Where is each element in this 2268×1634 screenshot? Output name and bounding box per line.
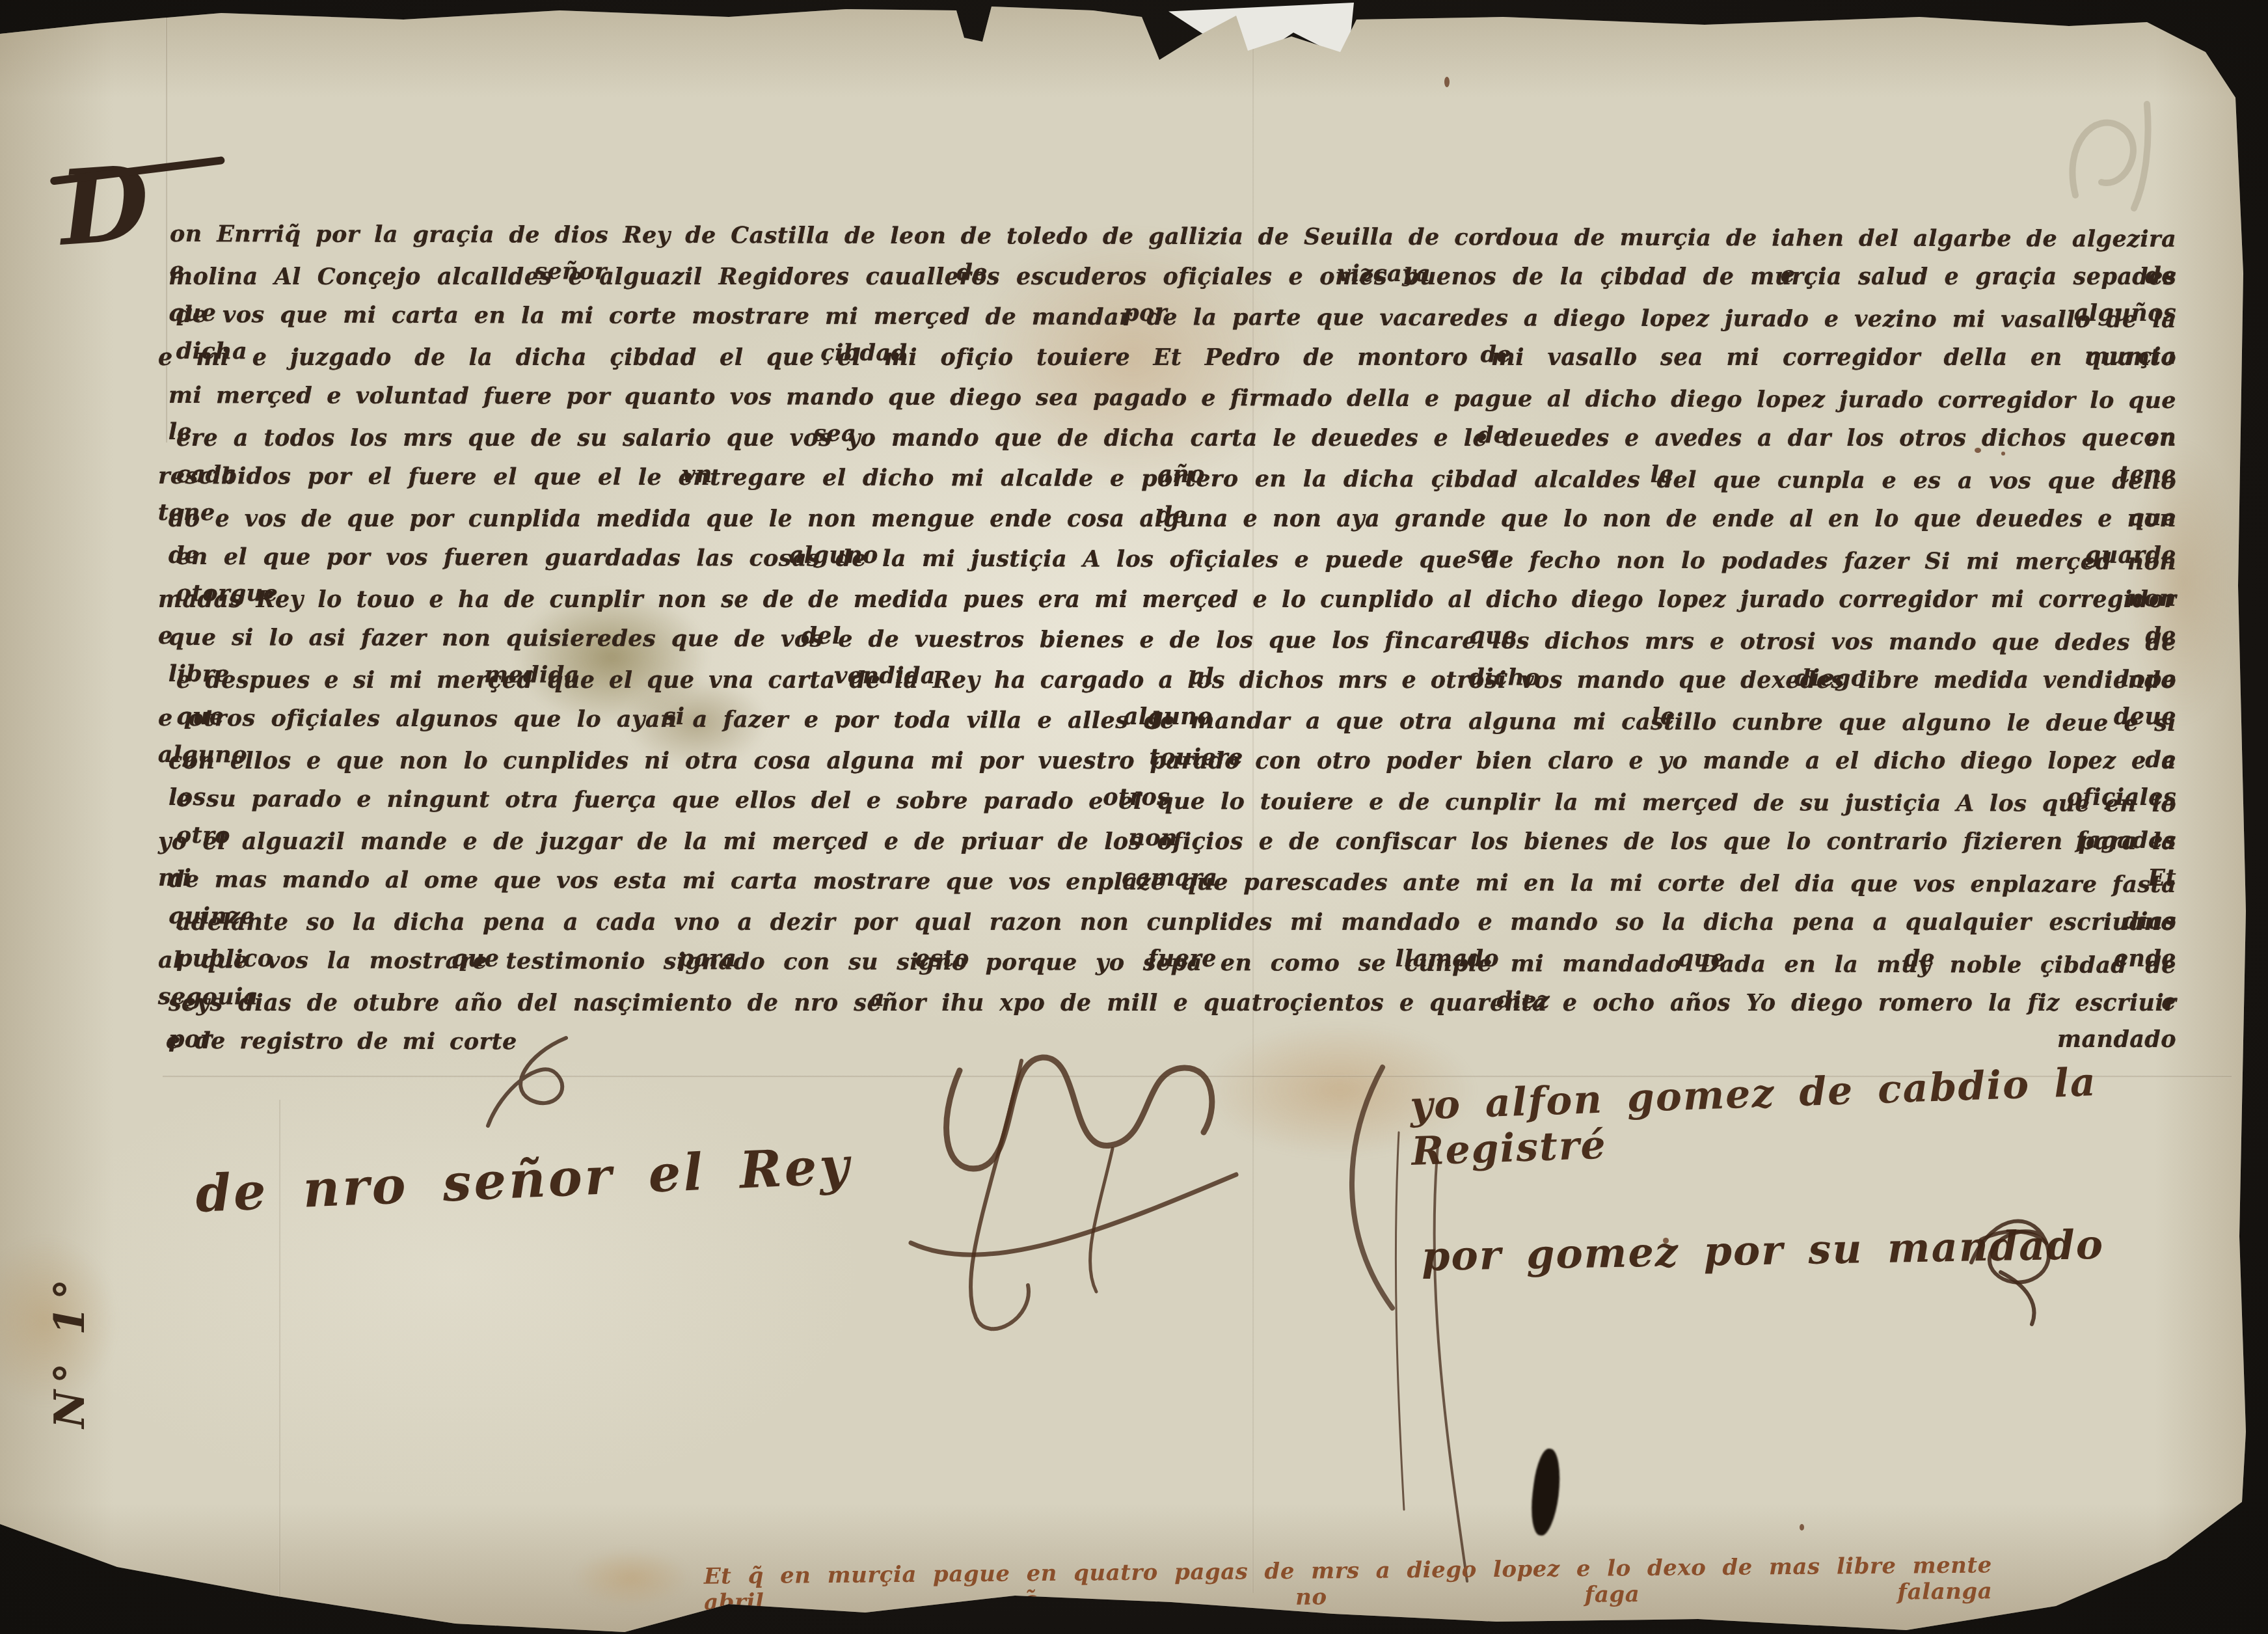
ink-speck: [1444, 77, 1450, 87]
manuscript-line: e otros ofiçiales algunos que lo ayan a …: [146, 700, 2176, 746]
notary-rubric-flourish: [898, 1012, 1314, 1376]
manuscript-line: de mas mando al ome que vos esta mi cart…: [146, 862, 2176, 907]
stain-bottom: [573, 1549, 690, 1607]
manuscript-line: al que vos la mostrare testimonio signad…: [146, 942, 2176, 988]
ink-speck: [1800, 1524, 1804, 1531]
parchment-sheet: D on Enrriq̃ por la graçia de dios Rey d…: [0, 0, 2268, 1634]
manuscript-line: rescibidos por el fuere el que el le ent…: [146, 458, 2176, 504]
manuscript-line: que si lo asi fazer non quisieredes que …: [146, 620, 2176, 665]
manuscript-line: on Enrriq̃ por la graçia de dios Rey de …: [146, 216, 2176, 262]
king-mandate-subscription: de nro señor el Rey: [194, 1136, 852, 1224]
bottom-archival-note: Et q̃ en murçia pague en quatro pagas de…: [704, 1552, 1993, 1615]
initial-cap: D: [57, 162, 152, 251]
manuscript-line: mi merçed e voluntad fuere por quanto vo…: [146, 377, 2176, 423]
manuscript-line: e su parado e ningunt otra fuerça que el…: [146, 781, 2176, 826]
margin-number-note: N° 1°: [18, 1243, 129, 1458]
closing-rubric-flourish: [468, 1028, 592, 1139]
manuscript-text-block: on Enrriq̃ por la graçia de dios Rey de …: [146, 219, 2176, 1066]
signature-knot-icon: [1955, 1194, 2066, 1331]
ghost-ink-flourish: [2036, 65, 2206, 234]
manuscript-line: en el que por vos fueren guardadas las c…: [146, 539, 2176, 584]
photo-background: D on Enrriq̃ por la graçia de dios Rey d…: [0, 0, 2268, 1634]
manuscript-line: de vos que mi carta en la mi corte mostr…: [146, 297, 2176, 342]
pen-descender-strokes: [1327, 1054, 1587, 1601]
